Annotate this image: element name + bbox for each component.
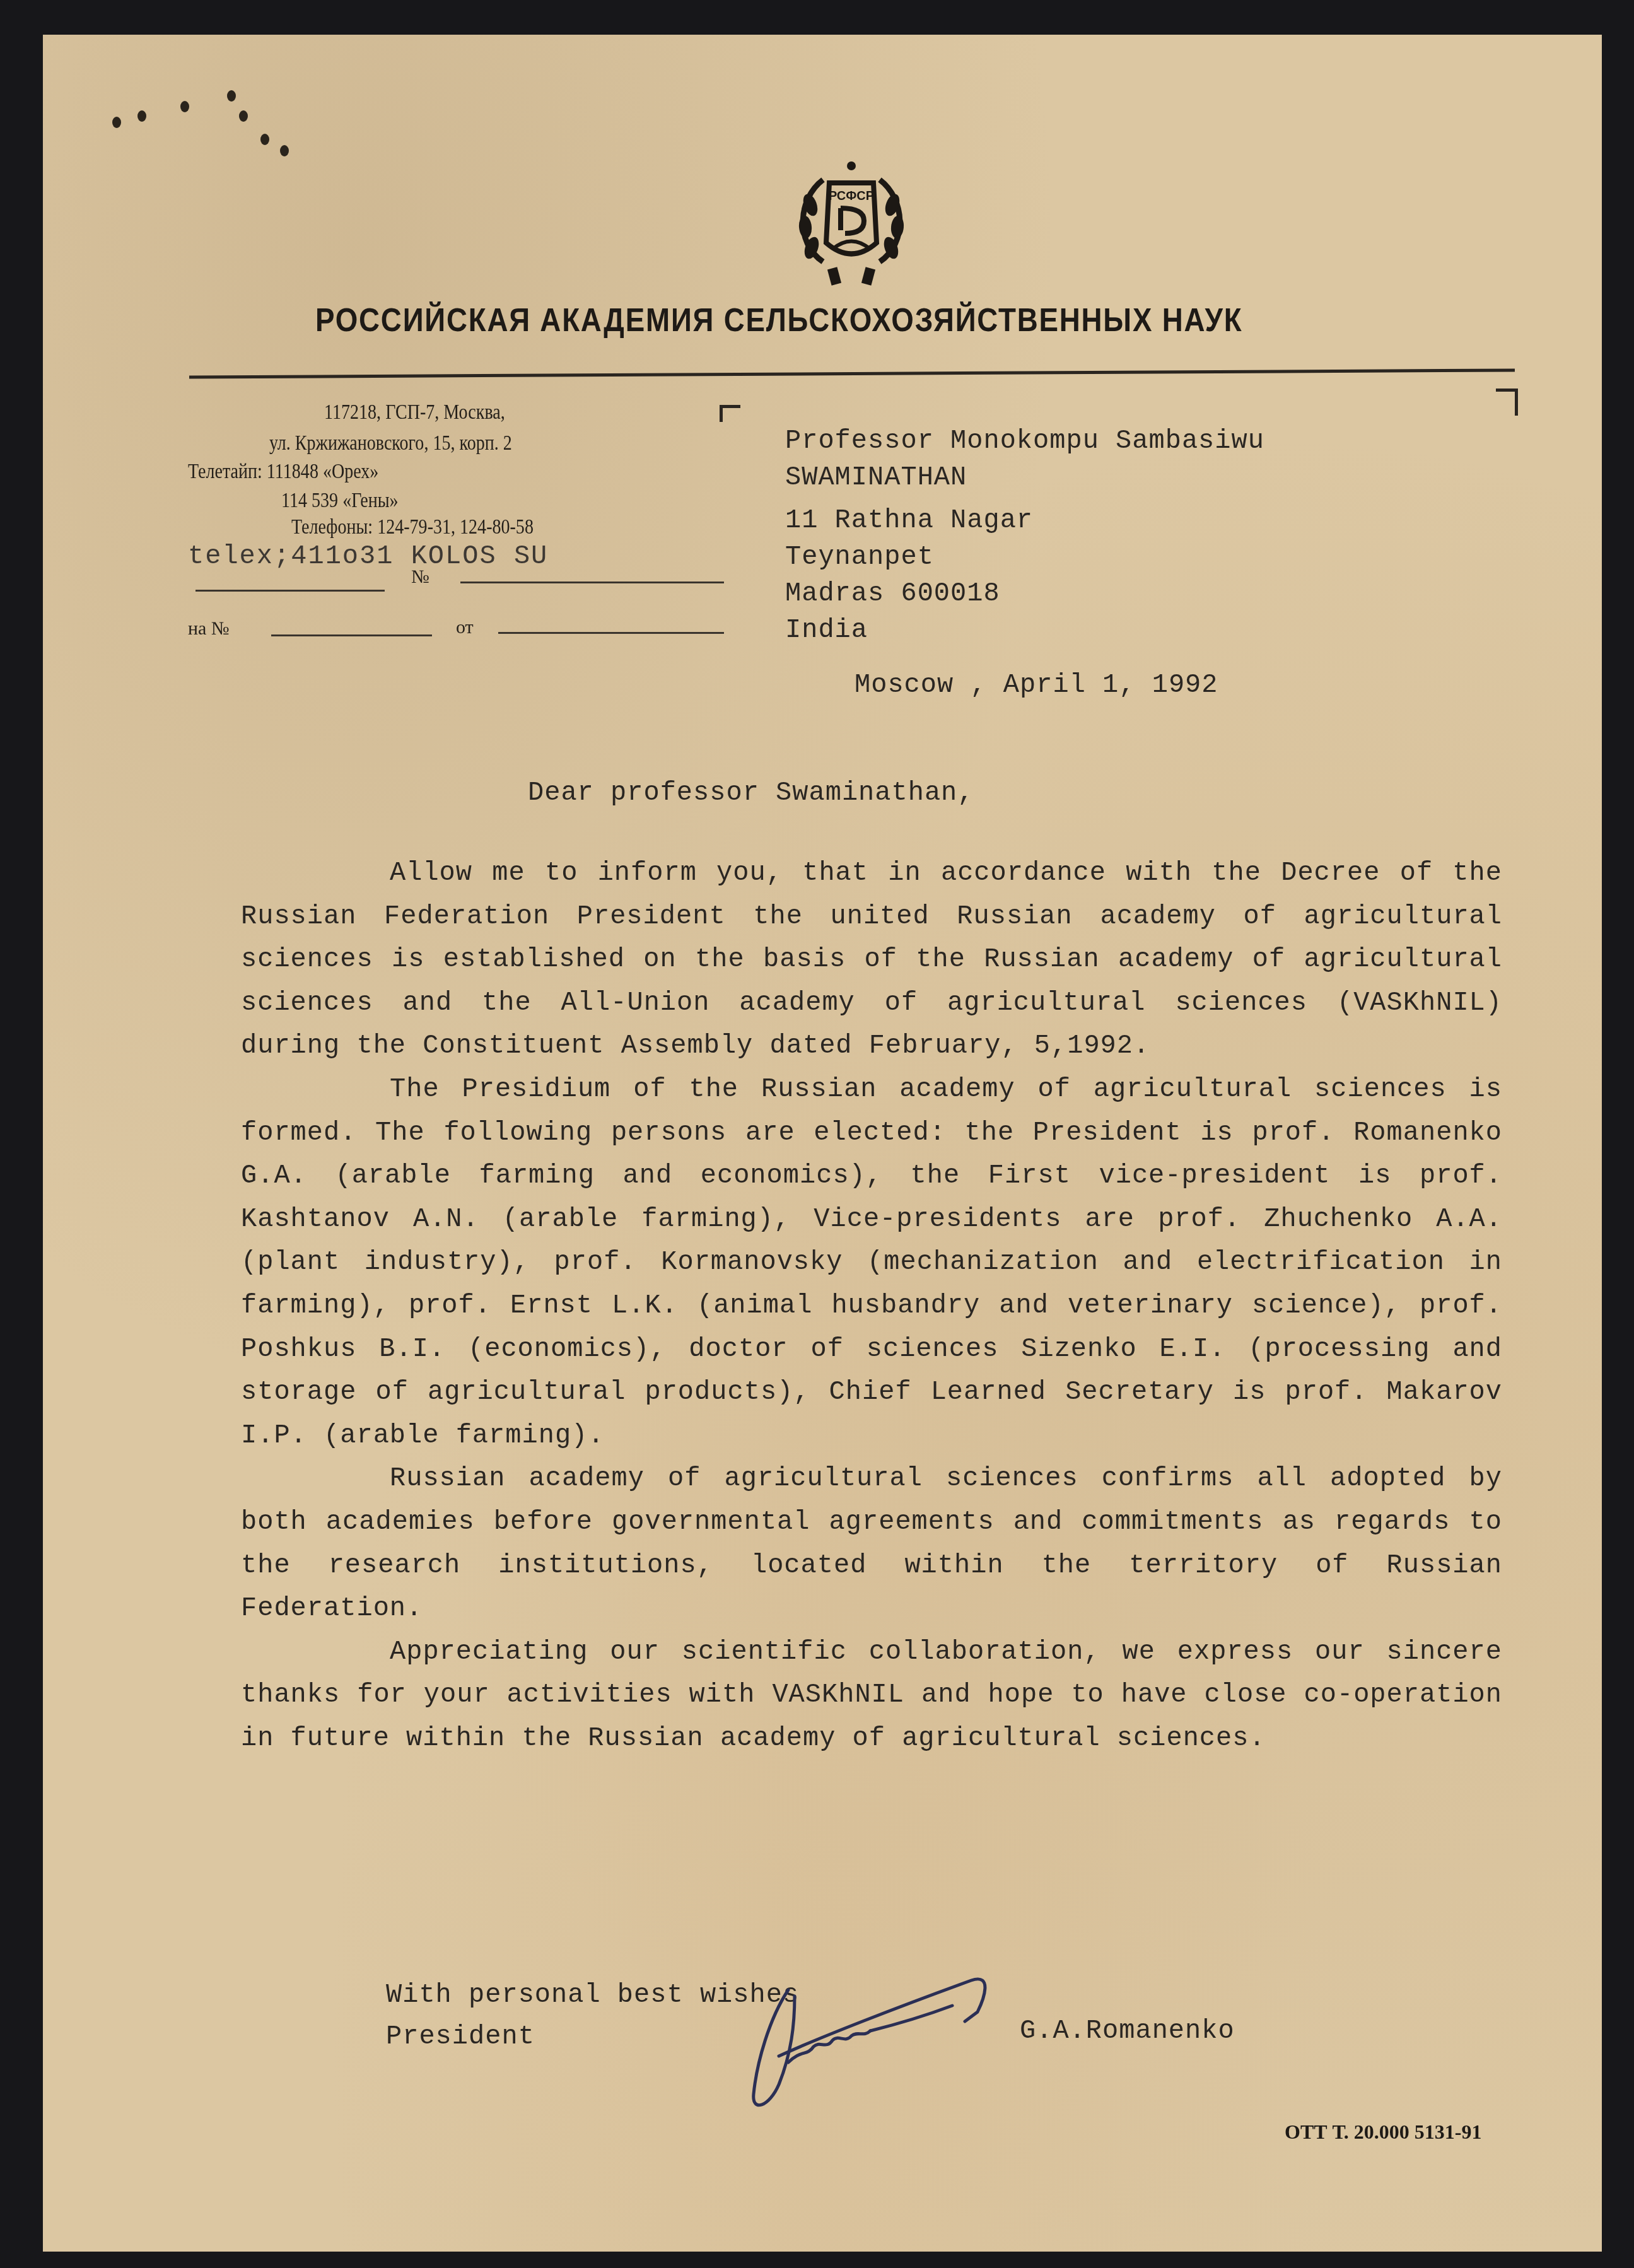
rsfsr-coat-of-arms-icon: РСФСР [785, 155, 918, 287]
outgoing-date-field[interactable] [460, 582, 724, 583]
teletype-line: Телетайп: 111848 «Орех» [188, 460, 378, 484]
punch-hole [137, 110, 146, 122]
reply-date-field[interactable] [498, 632, 724, 634]
closing-line: With personal best wishes [386, 1974, 799, 2016]
signer-title: President [386, 2016, 799, 2057]
recipient-address: Professor Monokompu Sambasiwu SWAMINATHA… [785, 423, 1264, 648]
punch-hole [180, 101, 189, 112]
svg-text:РСФСР: РСФСР [829, 189, 874, 203]
punch-hole [280, 145, 289, 156]
recipient-line: India [785, 612, 1264, 648]
recipient-line: SWAMINATHAN [785, 459, 1264, 496]
body-paragraph: Russian academy of agricultural sciences… [241, 1457, 1502, 1630]
dateline: Moscow , April 1, 1992 [855, 670, 1218, 700]
recipient-line [785, 496, 1264, 502]
recipient-line: Madras 600018 [785, 575, 1264, 612]
body-paragraph: Allow me to inform you, that in accordan… [241, 851, 1502, 1068]
telex-line: telex;411o31 KOLOS SU [188, 541, 548, 571]
recipient-line: 11 Rathna Nagar [785, 502, 1264, 539]
reply-number-field[interactable] [271, 634, 432, 636]
organization-name: РОССИЙСКАЯ АКАДЕМИЯ СЕЛЬСКОХОЗЯЙСТВЕННЫХ… [315, 301, 1259, 339]
outgoing-number-field[interactable] [195, 590, 385, 592]
handwritten-signature-icon [744, 1961, 1097, 2113]
closing-block: With personal best wishes President [386, 1974, 799, 2057]
recipient-line: Teynanpet [785, 539, 1264, 575]
body-paragraph: Appreciating our scientific collaboratio… [241, 1630, 1502, 1760]
print-run-code: ОТТ Т. 20.000 5131-91 [1285, 2120, 1481, 2144]
punch-hole [260, 134, 269, 145]
salutation: Dear professor Swaminathan, [528, 778, 974, 808]
number-label: № [411, 566, 429, 588]
punch-hole [239, 110, 248, 122]
address-line: ул. Кржижановского, 15, корп. 2 [269, 432, 512, 455]
from-label: от [456, 617, 474, 638]
address-line: 117218, ГСП-7, Москва, [324, 401, 505, 424]
address-window-corner-left [720, 405, 740, 422]
body-paragraph: The Presidium of the Russian academy of … [241, 1068, 1502, 1457]
recipient-line: Professor Monokompu Sambasiwu [785, 423, 1264, 459]
teletype-line: 114 539 «Гены» [281, 489, 399, 513]
reply-number-label: на № [188, 618, 230, 640]
address-window-corner-right [1496, 389, 1518, 416]
phones-line: Телефоны: 124-79-31, 124-80-58 [291, 516, 534, 539]
letter-body: Allow me to inform you, that in accordan… [241, 851, 1502, 1760]
punch-hole [112, 117, 121, 128]
punch-hole [227, 90, 236, 102]
